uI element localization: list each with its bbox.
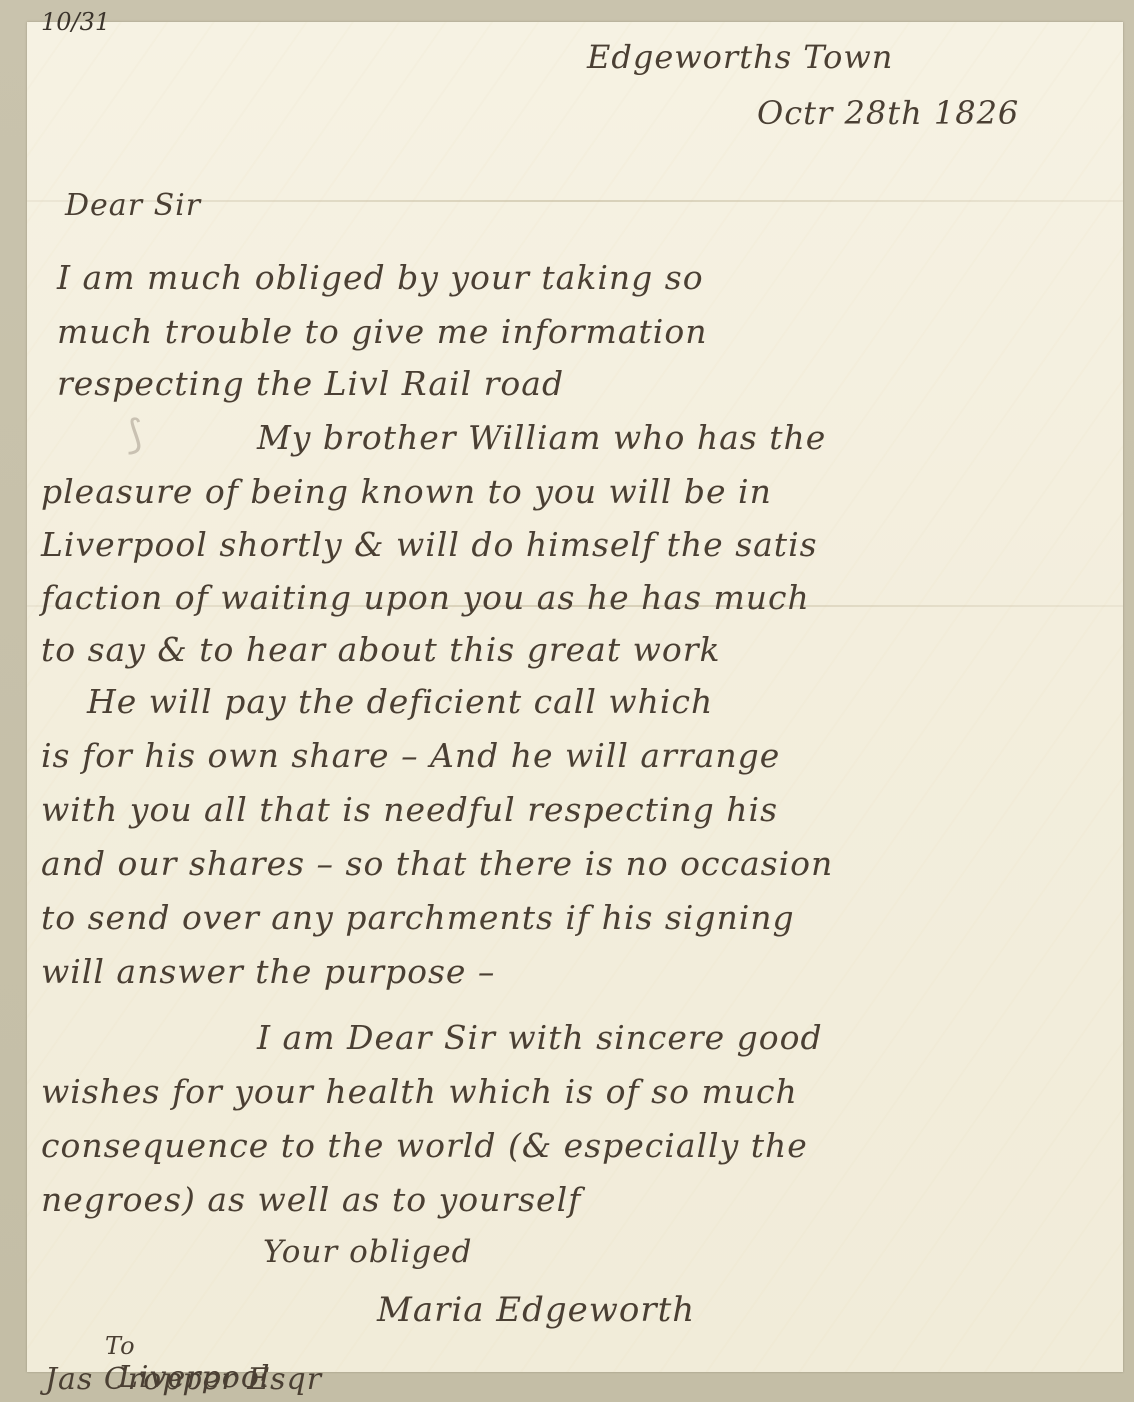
body-line: to say & to hear about this great work [41,630,720,669]
body-line: pleasure of being known to you will be i… [41,472,772,511]
catalog-number: 10/31 [41,8,110,36]
letter-paper: ⟆ 10/31 Edgeworths Town Octr 28th 1826 D… [27,22,1123,1372]
salutation: Dear Sir [65,188,201,223]
body-line: He will pay the deficient call which [87,682,713,721]
letter-date: Octr 28th 1826 [757,94,1019,132]
body-line: consequence to the world (& especially t… [41,1126,808,1165]
address-to: To [105,1332,136,1360]
body-line: will answer the purpose – [41,952,495,991]
body-line: respecting the Livl Rail road [57,364,564,403]
body-line: faction of waiting upon you as he has mu… [41,578,810,617]
body-line: to send over any parchments if his signi… [41,898,795,937]
pencil-mark: ⟆ [127,412,143,458]
body-line: is for his own share – And he will arran… [41,736,780,775]
body-line: Liverpool shortly & will do himself the … [41,525,818,564]
body-line: with you all that is needful respecting … [41,790,778,829]
closing: Your obliged [263,1234,472,1270]
body-line: negroes) as well as to yourself [41,1180,581,1219]
address-city: Liverpool [118,1360,270,1395]
body-line: and our shares – so that there is no occ… [41,844,833,883]
body-line: wishes for your health which is of so mu… [41,1072,798,1111]
letter-place: Edgeworths Town [587,38,893,76]
body-line: I am Dear Sir with sincere good [257,1018,823,1057]
body-line: I am much obliged by your taking so [57,258,704,297]
body-line: My brother William who has the [257,418,826,457]
body-line: much trouble to give me information [57,312,707,351]
signature: Maria Edgeworth [377,1290,695,1330]
